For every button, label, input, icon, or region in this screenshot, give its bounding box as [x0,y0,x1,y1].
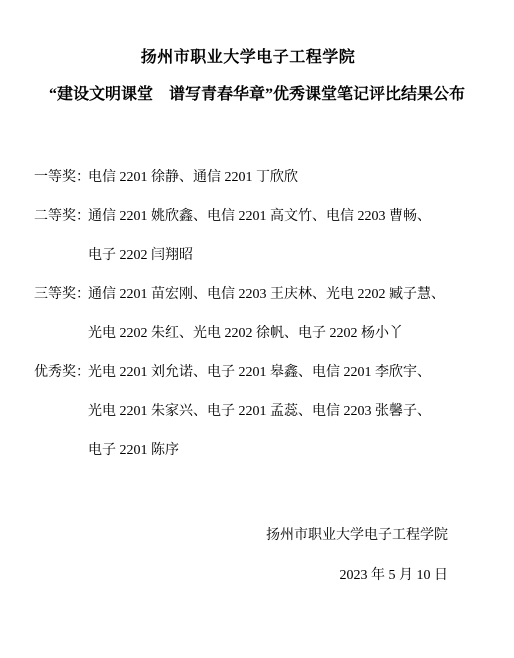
award-winners-line: 电子 2202 闫翔昭 [88,236,508,275]
document-page: 扬州市职业大学电子工程学院 “建设文明课堂 谱写青春华章”优秀课堂笔记评比结果公… [0,0,514,658]
award-label-third-prize: 三等奖： [34,275,88,314]
award-label-second-prize: 二等奖： [34,197,88,236]
award-winners-line: 通信 2201 姚欣鑫、电信 2201 高文竹、电信 2203 曹畅、 [88,197,508,236]
award-block-excellence-prize: 优秀奖： 光电 2201 刘允诺、电子 2201 皋鑫、电信 2201 李欣宇、… [34,353,508,470]
award-winners-line: 光电 2201 朱家兴、电子 2201 孟蕊、电信 2203 张馨子、 [88,392,508,431]
award-block-second-prize: 二等奖： 通信 2201 姚欣鑫、电信 2201 高文竹、电信 2203 曹畅、… [34,197,508,275]
award-winners-line: 光电 2201 刘允诺、电子 2201 皋鑫、电信 2201 李欣宇、 [88,353,508,392]
signature-date: 2023 年 5 月 10 日 [0,556,448,596]
award-winners-third-prize: 通信 2201 苗宏刚、电信 2203 王庆林、光电 2202 臧子慧、 光电 … [88,275,508,353]
award-winners-line: 通信 2201 苗宏刚、电信 2203 王庆林、光电 2202 臧子慧、 [88,275,508,314]
document-subtitle: “建设文明课堂 谱写青春华章”优秀课堂笔记评比结果公布 [0,81,514,104]
award-block-first-prize: 一等奖： 电信 2201 徐静、通信 2201 丁欣欣 [34,158,508,197]
award-label-excellence-prize: 优秀奖： [34,353,88,392]
award-label-first-prize: 一等奖： [34,158,88,197]
award-winners-second-prize: 通信 2201 姚欣鑫、电信 2201 高文竹、电信 2203 曹畅、 电子 2… [88,197,508,275]
signature-block: 扬州市职业大学电子工程学院 2023 年 5 月 10 日 [0,516,448,596]
award-winners-first-prize: 电信 2201 徐静、通信 2201 丁欣欣 [88,158,508,197]
award-winners-line: 光电 2202 朱红、光电 2202 徐帆、电子 2202 杨小丫 [88,314,508,353]
award-block-third-prize: 三等奖： 通信 2201 苗宏刚、电信 2203 王庆林、光电 2202 臧子慧… [34,275,508,353]
signature-organization: 扬州市职业大学电子工程学院 [0,516,448,556]
document-title: 扬州市职业大学电子工程学院 [0,44,496,67]
award-winners-line: 电信 2201 徐静、通信 2201 丁欣欣 [88,158,508,197]
awards-list: 一等奖： 电信 2201 徐静、通信 2201 丁欣欣 二等奖： 通信 2201… [34,158,508,470]
award-winners-excellence-prize: 光电 2201 刘允诺、电子 2201 皋鑫、电信 2201 李欣宇、 光电 2… [88,353,508,470]
award-winners-line: 电子 2201 陈序 [88,431,508,470]
